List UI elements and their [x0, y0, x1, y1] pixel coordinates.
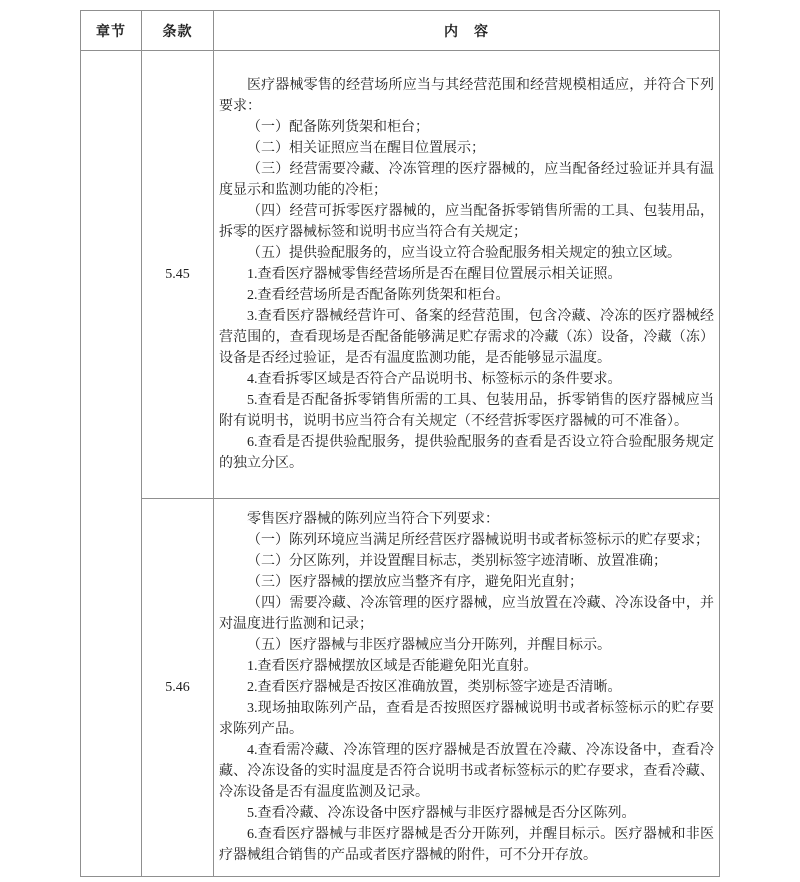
- clause-cell: 5.46: [142, 499, 214, 877]
- content-paragraph: 4.查看需冷藏、冷冻管理的医疗器械是否放置在冷藏、冷冻设备中，查看冷藏、冷冻设备…: [219, 740, 714, 803]
- content-paragraph: （二）分区陈列，并设置醒目标志，类别标签字迹清晰、放置准确；: [219, 551, 714, 572]
- content-paragraph: 2.查看医疗器械是否按区准确放置，类别标签字迹是否清晰。: [219, 677, 714, 698]
- header-cell-content: 内 容: [214, 11, 720, 51]
- content-paragraph: 5.查看冷藏、冷冻设备中医疗器械与非医疗器械是否分区陈列。: [219, 803, 714, 824]
- table-row-5-45: 5.45 医疗器械零售的经营场所应当与其经营范围和经营规模相适应，并符合下列要求…: [81, 51, 720, 499]
- content-paragraph: （二）相关证照应当在醒目位置展示；: [219, 138, 714, 159]
- content-paragraph: 6.查看是否提供验配服务，提供验配服务的查看是否设立符合验配服务规定的独立分区。: [219, 432, 714, 474]
- content-cell: 医疗器械零售的经营场所应当与其经营范围和经营规模相适应，并符合下列要求： （一）…: [214, 51, 720, 499]
- content-paragraph: （五）医疗器械与非医疗器械应当分开陈列，并醒目标示。: [219, 635, 714, 656]
- content-paragraph: 零售医疗器械的陈列应当符合下列要求：: [219, 509, 714, 530]
- header-cell-chapter: 章节: [81, 11, 142, 51]
- content-paragraph: 5.查看是否配备拆零销售所需的工具、包装用品，拆零销售的医疗器械应当附有说明书，…: [219, 390, 714, 432]
- table-row-5-46: 5.46 零售医疗器械的陈列应当符合下列要求： （一）陈列环境应当满足所经营医疗…: [81, 499, 720, 877]
- content-paragraph: （四）经营可拆零医疗器械的，应当配备拆零销售所需的工具、包装用品，拆零的医疗器械…: [219, 201, 714, 243]
- content-paragraph: （一）配备陈列货架和柜台；: [219, 117, 714, 138]
- content-paragraph: 3.查看医疗器械经营许可、备案的经营范围，包含冷藏、冷冻的医疗器械经营范围的，查…: [219, 306, 714, 369]
- content-paragraph: 1.查看医疗器械零售经营场所是否在醒目位置展示相关证照。: [219, 264, 714, 285]
- header-cell-clause: 条款: [142, 11, 214, 51]
- content-paragraph: 医疗器械零售的经营场所应当与其经营范围和经营规模相适应，并符合下列要求：: [219, 75, 714, 117]
- clause-cell: 5.45: [142, 51, 214, 499]
- content-paragraph: （三）医疗器械的摆放应当整齐有序，避免阳光直射；: [219, 572, 714, 593]
- content-paragraph: 3.现场抽取陈列产品，查看是否按照医疗器械说明书或者标签标示的贮存要求陈列产品。: [219, 698, 714, 740]
- inspection-requirements-table: 章节 条款 内 容 5.45 医疗器械零售的经营场所应当与其经营范围和经营规模相…: [80, 10, 720, 877]
- content-paragraph: （五）提供验配服务的，应当设立符合验配服务相关规定的独立区域。: [219, 243, 714, 264]
- chapter-cell-empty: [81, 51, 142, 877]
- content-paragraph: （一）陈列环境应当满足所经营医疗器械说明书或者标签标示的贮存要求；: [219, 530, 714, 551]
- content-paragraph: 4.查看拆零区域是否符合产品说明书、标签标示的条件要求。: [219, 369, 714, 390]
- content-paragraph: （三）经营需要冷藏、冷冻管理的医疗器械的，应当配备经过验证并具有温度显示和监测功…: [219, 159, 714, 201]
- content-paragraph: （四）需要冷藏、冷冻管理的医疗器械，应当放置在冷藏、冷冻设备中，并对温度进行监测…: [219, 593, 714, 635]
- content-paragraph: 6.查看医疗器械与非医疗器械是否分开陈列，并醒目标示。医疗器械和非医疗器械组合销…: [219, 824, 714, 866]
- content-paragraph: 1.查看医疗器械摆放区域是否能避免阳光直射。: [219, 656, 714, 677]
- content-paragraph: 2.查看经营场所是否配备陈列货架和柜台。: [219, 285, 714, 306]
- content-cell: 零售医疗器械的陈列应当符合下列要求： （一）陈列环境应当满足所经营医疗器械说明书…: [214, 499, 720, 877]
- table-header-row: 章节 条款 内 容: [81, 11, 720, 51]
